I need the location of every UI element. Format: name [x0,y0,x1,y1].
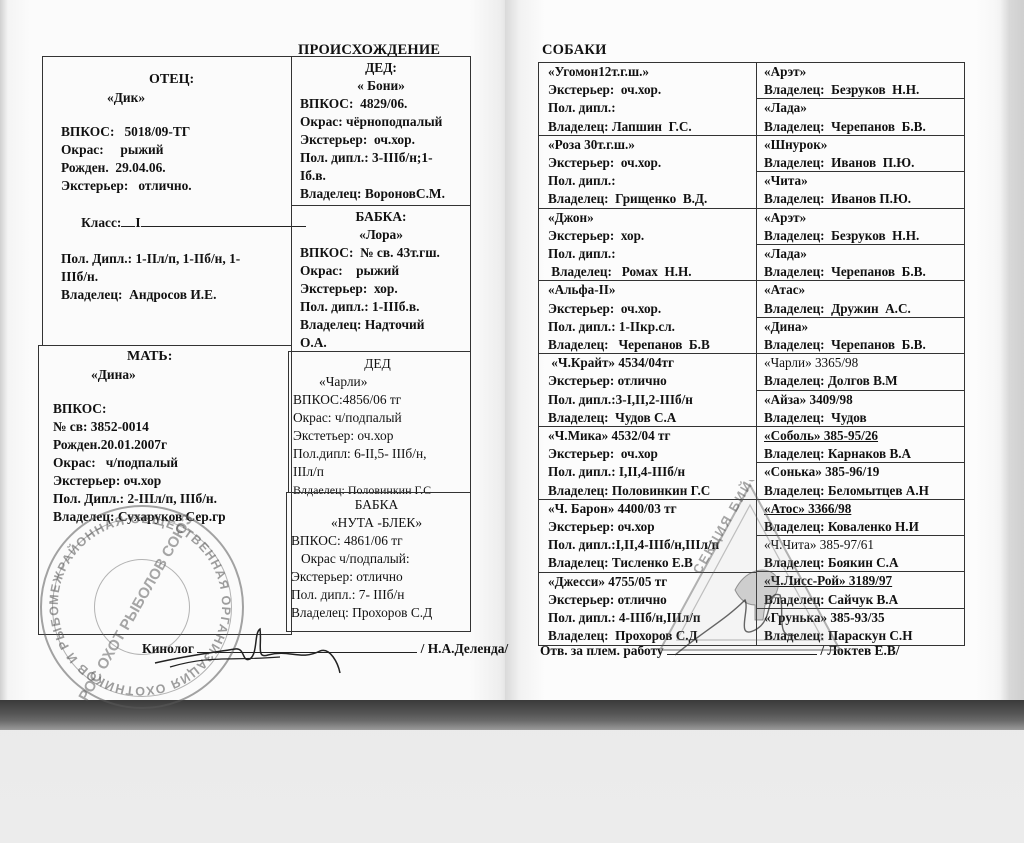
ancestor-exterior: Экстерьер: оч.хор. [548,154,756,172]
ancestor-diploma: Пол. дипл.: [548,172,756,190]
ancestor-owner: Владелец: Чудов [764,409,964,427]
ancestor-gen3-cell: «Роза 30т.г.ш.»Экстерьер: оч.хор.Пол. ди… [539,136,756,209]
ancestor-name: «Лада» [764,99,964,117]
grandmother-line: О.А. [300,334,470,352]
ancestor-gen4-cell: «Чарли» 3365/98Владелец: Долгов В.М [757,354,964,390]
grandfather-line: Окрас: ч/подпалый [293,409,470,427]
mother-line: № св: 3852-0014 [53,418,291,436]
grandfather-line: Iб.в. [300,167,470,185]
ancestor-diploma: Пол. дипл.:3-I,II,2-IIIб/н [548,391,756,409]
mother-name: «Дина» [53,366,291,384]
kinolog-handwritten-signature [150,625,350,685]
grandfather-line: Окрас: чёрноподпалый [300,113,470,131]
grandfather-heading: ДЕД [293,355,470,373]
dogs-title: СОБАКИ [542,42,607,59]
ancestor-gen4-cell: «Чита»Владелец: Иванов П.Ю. [757,172,964,208]
ancestor-exterior: Экстерьер: хор. [548,227,756,245]
grandmother-line: Пол. дипл.: 7- IIIб/н [291,586,470,604]
grandfather-heading: ДЕД: [300,59,470,77]
mother-line: ВПКОС: [53,400,291,418]
ancestor-gen4-cell: «Соболь» 385-95/26Владелец: Карнаков В.А [757,427,964,463]
ancestor-owner: Владелец: Черепанов Б.В [548,336,756,354]
grandmother-line: Экстерьер: отлично [291,568,470,586]
grandmother-name: «Лора» [300,226,470,244]
ancestor-gen4-cell: «Шнурок»Владелец: Иванов П.Ю. [757,136,964,172]
ancestor-name: «Дина» [764,318,964,336]
ancestor-owner: Владелец: Черепанов Б.В. [764,263,964,281]
ancestor-name: «Ч.Мика» 4532/04 тг [548,427,756,445]
paternal-grandfather-cell: ДЕД: « Бони» ВПКОС: 4829/06. Окрас: чёрн… [291,56,471,206]
father-line: Пол. Дипл.: 1-IIл/п, 1-IIб/н, 1- [61,250,291,268]
ancestor-name: «Роза 30т.г.ш.» [548,136,756,154]
father-line: ВПКОС: 5018/09-ТГ [61,123,291,141]
ancestor-gen4-cell: «Арэт»Владелец: Безруков Н.Н. [757,63,964,99]
grandfather-line: ВПКОС: 4829/06. [300,95,470,113]
grandmother-line: Экстерьер: хор. [300,280,470,298]
ancestor-owner: Владелец: Карнаков В.А [764,445,964,463]
ancestor-owner: Владелец: Безруков Н.Н. [764,81,964,99]
mother-line: Экстерьер: оч.хор [53,472,291,490]
ancestor-name: «Джон» [548,209,756,227]
father-line: Владелец: Андросов И.Е. [61,286,291,304]
ancestor-gen3-cell: «Угомон12т.г.ш.»Экстерьер: оч.хор.Пол. д… [539,63,756,136]
ancestor-diploma: Пол. дипл.: [548,99,756,117]
grandfather-name: «Чарли» [293,373,470,391]
ancestor-diploma: Пол. дипл.: 1-IIкр.сл. [548,318,756,336]
ancestor-name: «Шнурок» [764,136,964,154]
ancestor-exterior: Экстерьер: оч.хор [548,445,756,463]
father-heading: ОТЕЦ: [61,71,291,89]
paternal-grandmother-cell: БАБКА: «Лора» ВПКОС: № св. 43т.гш. Окрас… [291,205,471,352]
mother-line: Окрас: ч/подпалый [53,454,291,472]
ancestor-name: «Чита» [764,172,964,190]
grandfather-line: Пол.дипл: 6-II,5- IIIб/н, [293,445,470,463]
ancestor-gen3-cell: «Альфа-II»Экстерьер: оч.хор.Пол. дипл.: … [539,281,756,354]
father-name: «Дик» [61,89,291,107]
ancestor-owner: Владелец: Черепанов Б.В. [764,336,964,354]
grandmother-name: «НУТА -БЛЕК» [291,514,470,532]
class-blank [121,213,135,227]
ancestor-owner: Владелец: Долгов В.М [764,372,964,390]
grandmother-line: ВПКОС: № св. 43т.гш. [300,244,470,262]
grandmother-line: Пол. дипл.: 1-IIIб.в. [300,298,470,316]
grandfather-line: Экстетьер: оч.хор [293,427,470,445]
ancestor-name: «Чарли» 3365/98 [764,354,964,372]
ancestor-gen4-cell: «Лада»Владелец: Черепанов Б.В. [757,245,964,281]
father-line: IIIб/н. [61,268,291,286]
kinolog-name: / Н.А.Деленда/ [421,641,509,656]
ancestor-exterior: Экстерьер: оч.хор. [548,81,756,99]
grandmother-heading: БАБКА [291,496,470,514]
ancestor-exterior: Экстерьер: отлично [548,372,756,390]
ancestor-gen4-cell: «Атас»Владелец: Дружин А.С. [757,281,964,317]
grandmother-line: ВПКОС: 4861/06 тг [291,532,470,550]
ancestor-owner: Владелец: Иванов П.Ю. [764,154,964,172]
father-class: Класс:I [61,195,291,250]
ancestor-name: «Ч.Крайт» 4534/04тг [548,354,756,372]
mother-line: Рожден.20.01.2007г [53,436,291,454]
ancestor-gen3-cell: «Джон»Экстерьер: хор.Пол. дипл.: Владеле… [539,209,756,282]
ancestor-name: «Арэт» [764,209,964,227]
grandfather-line: IIIл/п [293,463,470,481]
father-cell: ОТЕЦ: «Дик» ВПКОС: 5018/09-ТГ Окрас: рыж… [42,56,292,346]
ancestor-name: «Альфа-II» [548,281,756,299]
grandmother-heading: БАБКА: [300,208,470,226]
grandfather-line: Пол. дипл.: 3-IIIб/н;1- [300,149,470,167]
ancestor-gen4-cell: «Арэт»Владелец: Безруков Н.Н. [757,209,964,245]
ancestor-name: «Атас» [764,281,964,299]
triangle-section-stamp: СЕКЦИЯ БИЙСКОЕ [655,480,845,660]
grandfather-line: Владелец: ВороновС.М. [300,185,470,203]
class-underline [141,213,306,227]
father-line: Окрас: рыжий [61,141,291,159]
ancestor-gen3-cell: «Ч.Крайт» 4534/04тгЭкстерьер: отличноПол… [539,354,756,427]
page-edge [1000,0,1024,712]
ancestor-diploma: Пол. дипл.: [548,245,756,263]
ancestor-gen4-cell: «Айза» 3409/98Владелец: Чудов [757,391,964,427]
ancestor-diploma: Пол. дипл.: I,II,4-IIIб/н [548,463,756,481]
grandmother-line: Владелец: Надточий [300,316,470,334]
father-details: ВПКОС: 5018/09-ТГ Окрас: рыжий Рожден. 2… [61,123,291,304]
maternal-grandmother-cell: БАБКА «НУТА -БЛЕК» ВПКОС: 4861/06 тг Окр… [286,492,471,632]
ancestor-owner: Владелец: Грищенко В.Д. [548,190,756,208]
ancestor-owner: Владелец: Лапшин Г.С. [548,118,756,136]
maternal-grandfather-cell: ДЕД «Чарли» ВПКОС:4856/06 тг Окрас: ч/по… [288,351,471,493]
ancestor-name: «Айза» 3409/98 [764,391,964,409]
ancestor-owner: Владелец: Дружин А.С. [764,300,964,318]
class-label: Класс: [81,215,121,230]
grandfather-line: ВПКОС:4856/06 тг [293,391,470,409]
ancestor-name: «Сонька» 385-96/19 [764,463,964,481]
grandfather-name: « Бони» [300,77,470,95]
father-line: Экстерьер: отлично. [61,177,291,195]
ancestor-name: «Лада» [764,245,964,263]
ancestor-gen4-cell: «Лада»Владелец: Черепанов Б.В. [757,99,964,135]
ancestor-name: «Соболь» 385-95/26 [764,427,964,445]
ancestor-owner: Владелец: Ромах Н.Н. [548,263,756,281]
ancestor-name: «Арэт» [764,63,964,81]
ancestor-exterior: Экстерьер: оч.хор. [548,300,756,318]
ancestor-owner: Владелец: Чудов С.А [548,409,756,427]
ancestor-name: «Угомон12т.г.ш.» [548,63,756,81]
grandfather-line: Экстерьер: оч.хор. [300,131,470,149]
grandmother-line: Владелец: Прохоров С.Д [291,604,470,622]
ancestor-owner: Владелец: Безруков Н.Н. [764,227,964,245]
father-line: Рожден. 29.04.06. [61,159,291,177]
grandmother-line: Окрас: рыжий [300,262,470,280]
grandmother-line: Окрас ч/подпалый: [291,550,470,568]
ancestor-gen4-cell: «Дина»Владелец: Черепанов Б.В. [757,318,964,354]
ancestor-owner: Владелец: Черепанов Б.В. [764,118,964,136]
ancestor-owner: Владелец: Иванов П.Ю. [764,190,964,208]
mother-heading: МАТЬ: [53,348,291,366]
